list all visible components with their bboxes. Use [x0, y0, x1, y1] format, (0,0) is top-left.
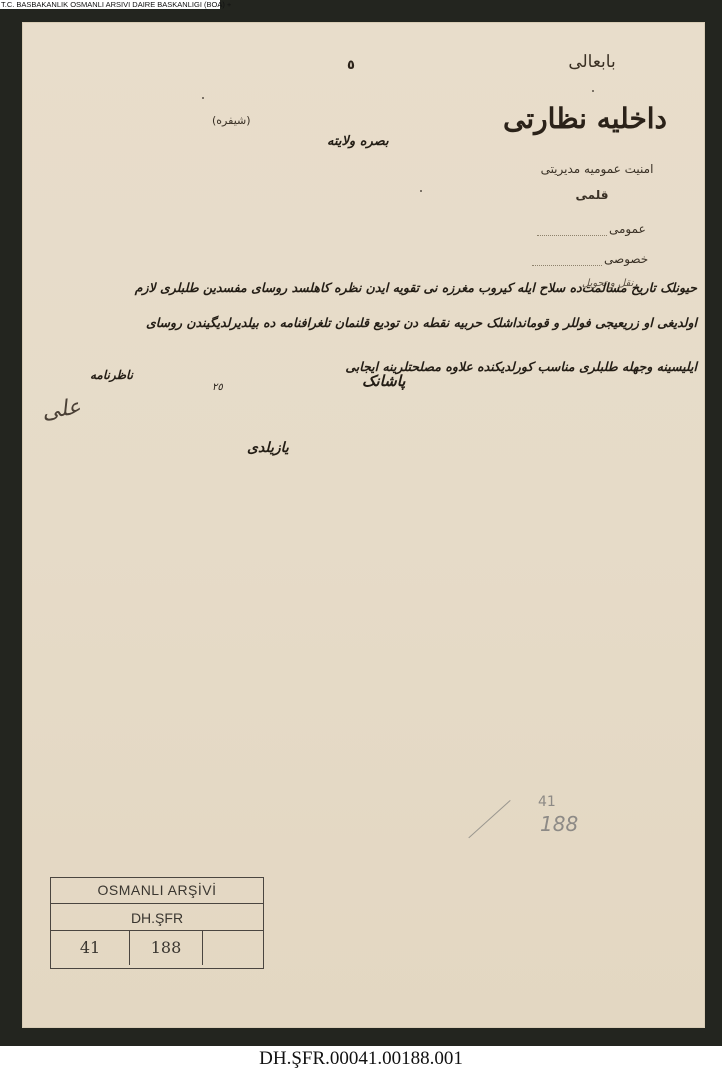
private-field: خصوصی — [532, 248, 648, 266]
body-line-1: حیونلک تاریخ مسالمت‌ده سلاح ایله کیروب م… — [135, 280, 697, 295]
signature: علی — [40, 394, 82, 424]
paper-speck — [202, 97, 204, 99]
folio-top-number: 41 — [538, 794, 556, 810]
document-page: بابعالى داخلیه نظارتی امنیت عمومیه مدیری… — [22, 22, 705, 1028]
paper-speck — [592, 90, 594, 92]
addressee: بصره ولایته — [327, 134, 389, 149]
folio-pencil-mark: 41 188 — [492, 792, 572, 852]
general-label: عمومی — [609, 222, 646, 236]
dated-reference: پاشانک — [362, 372, 405, 390]
private-label: خصوصی — [604, 252, 648, 266]
office-label: قلمی — [562, 188, 622, 202]
private-dotted-line — [532, 253, 602, 266]
body-line-2: اولدیغی او زریعیجی فوللر و قومانداشلک حر… — [146, 315, 697, 330]
closing-word: یازیلدی — [247, 440, 289, 456]
archive-banner: T.C. BASBAKANLIK OSMANLI ARSIVI DAIRE BA… — [0, 0, 220, 9]
date-fragment: ٢٥ — [212, 382, 223, 393]
stamp-numbers-row: 41 188 — [51, 931, 263, 965]
page-mark: ٥ — [347, 58, 355, 73]
stamp-title: OSMANLI ARŞİVİ — [51, 878, 263, 904]
stamp-extra-cell — [203, 931, 263, 965]
catalog-caption: DH.ŞFR.00041.00188.001 — [0, 1048, 722, 1070]
tughra-emblem: بابعالى — [562, 52, 622, 72]
folio-bottom-number: 188 — [540, 812, 578, 836]
folio-slash — [468, 800, 510, 838]
general-field: عمومی — [537, 218, 646, 236]
stamp-box-number: 41 — [51, 931, 130, 965]
stamp-fond: DH.ŞFR — [51, 904, 263, 931]
nazir-label: ناظرنامه — [90, 368, 133, 382]
stamp-doc-number: 188 — [130, 931, 203, 965]
cipher-label: (شیفره) — [212, 114, 251, 127]
general-dotted-line — [537, 223, 607, 236]
archive-stamp: OSMANLI ARŞİVİ DH.ŞFR 41 188 — [50, 877, 264, 969]
directorate-heading: امنیت عمومیه مدیریتی — [527, 162, 667, 176]
ministry-heading: داخلیه نظارتی — [527, 102, 667, 135]
paper-speck — [420, 190, 422, 192]
